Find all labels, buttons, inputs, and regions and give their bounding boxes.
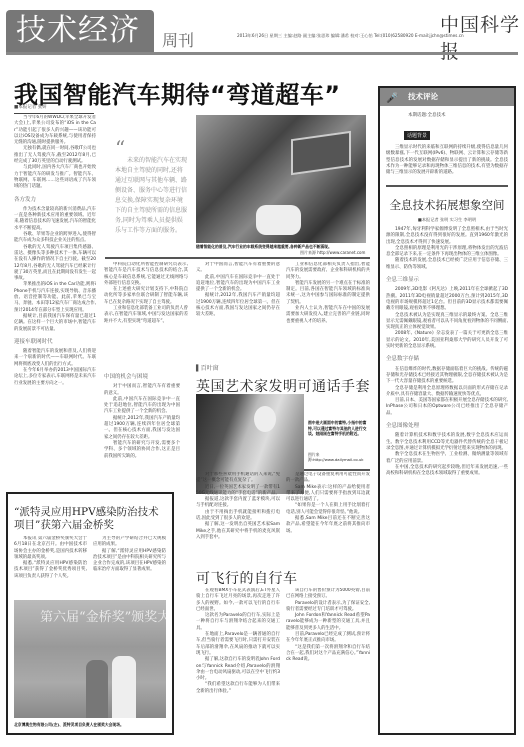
paragraph: 随着智能汽车的发展和普及,人们将迎来一个崭新的时代——车联网时代。车联网将彻底改… [14,349,96,368]
section-title: 技术经济 [6,10,154,52]
lead-col2-lower: 中国的机会与困境 对于中国而言,智能汽车有着重要的意义。 此前,中国汽车在国际竞… [104,368,180,486]
paragraph: “如果你是一个人在街上用手比划着打电话,别人可能会觉得你很奇怪。”他说。 [286,503,370,516]
paragraph: 2008年,《Nature》杂志发表了一篇关于可更新全息三维显示的论文。2010… [386,331,508,350]
lead-byline-block: ■本报记者 张妍 [14,104,94,114]
hpv-headline: “派特灵应用HPV感染防治技术项目”获第六届金桥奖 [8,494,172,536]
sidebar-subhead-storage: 全息数字存储 [386,356,508,362]
paragraph: 中科院自动化所智能控制研究员表示,智能汽车是汽车技术与信息技术的结合,其核心是车… [104,262,188,287]
paragraph: 对于中国而言,智能汽车有着重要的意义。 [196,262,280,275]
paragraph: 业内人士认为,智能汽车在中国的发展需要加大研发投入,建立完善的产业链,同时也要重… [286,306,370,325]
sidebar-topic: 本期话题:全息技术 [380,106,514,118]
glove-photo-caption: 图中是大画面中的富特,小指中的富特,可以通过富特与其他的人进行交谈。她刚刚在富特… [308,420,368,437]
glove-rule [304,469,370,471]
paragraph: 目前,日本、美国等国家都在积极开展全息存储技术的研究,InPhase公司和日本的… [386,398,508,417]
section-tag-baiyechuang: ▌百叶窗 [196,363,219,372]
glove-photo-credit: 图片来源:http://www.dailymail.co.uk [308,452,368,462]
dashboard-screen [291,131,351,175]
paragraph: 据悉,Sam Mike目前还在不断完善这款产品,希望能在今年年底之前将其推向市场… [286,516,370,535]
pull-quote-text: 未来的智能汽车在实现本地自主驾驶的同时,还将通过互联网与其他车辆、路侧设备、服务… [115,156,187,236]
paragraph: 谷歌、苹果等企业的跨界进入,使得智能汽车成为众多科技企业关注的焦点。 [14,232,96,245]
paragraph: 为主导的产学研结合并已大规模应用的成果。 [93,536,166,549]
paragraph: 近日,一位英国艺术家发明了一款带有150G无线通讯能力的“手套电话”的新产品。 [196,485,280,498]
paragraph: 随着计算机技术和数字技术的发展,数字全息技术应运而生。数字全息技术利用CCD等光… [386,433,508,452]
lead-subhead-2: 迎接车联网时代 [14,339,96,345]
paragraph: 据了解,这款自行车的发明者John Fordon与Yannick Read介绍,… [196,657,280,682]
hpv-col1: 本报讯 第六届金桥奖颁奖大会于6月18日在北京召开。由中国技术市场协会主办的金桥… [14,536,87,596]
paragraph: John Fordon和Yannick Read希望Paravelo能够成为一种… [286,613,370,632]
paragraph: “我们希望这款自行车能够为人们带来全新的出行体验。” [196,682,280,695]
paragraph: 全息存储是利用全息原理将数据以页面的形式存储在记录介质中,具有存储容量大、数据传… [386,386,508,399]
paragraph: 2009年,3D电影《阿凡达》上映,2011年在全球掀起了3D热潮。2011年3… [386,287,508,312]
paragraph: 据了解,“派特灵应用HPV感染防治技术项目”是由中科院相关研究所与企业合作完成的… [93,549,166,574]
paragraph: 目前,Paravelo已经完成了测试,预计将在今年年底正式推向市场。 [286,632,370,645]
paragraph: 此前,中国汽车在国际竞争中一直处于追赶地位,智能汽车的出现为中国汽车工业提供了一… [104,397,180,416]
paragraph: 在信息爆炸的时代,数据存储面临着巨大的挑战。传统的磁存储和光存储技术已经接近其物… [386,367,508,386]
paragraph: 1947年,匈牙利科学家伽博发明了全息照相术,由于当时光源的限制,全息技术没有得… [386,227,508,246]
paragraph: 工业和信息化部装备工业司的负责人曾表示,在智能汽车领域,中国与发达国家的差距并不… [104,306,188,325]
sidebar-subhead-imaging: 全息图像处理 [386,423,508,429]
paragraph: 由于不用掏出手机就能接听和拨打电话,因此受到了很多人的欢迎。 [196,510,280,523]
lead-byline: ■本报记者 张妍 [14,104,94,110]
sidebar-subhead-3d: 全息三维显示 [386,277,508,283]
sidebar-intro: 三维显示时代的来临和互联网的持续升级,使得信息量几何级数暴涨,下一代互联网(IP… [380,141,514,181]
paragraph: 这款名为Paravelo的自行车,实际上是一种将自行车与滑翔伞结合起来的交通工具… [196,613,280,632]
tech-review-sidebar: 🎤 技术评论 本期话题:全息技术 话题背景 三维显示时代的来临和互联网的持续升级… [378,86,516,735]
paragraph: 此前,中国汽车在国际竞争中一直处于追赶地位,智能汽车的出现为中国汽车工业提供了一… [196,275,280,294]
glove-col2: 是通过电子设备重复利用可能性而开发的一款产品。 Sam Mike表示:这样的产品… [286,472,370,558]
car-interior-photo [196,115,366,243]
paragraph: 随着技术的发展,全息技术已经被广泛应用于信息存储、三维显示、防伪等领域。 [386,258,508,271]
lead-col2-upper: 中科院自动化所智能控制研究员表示,智能汽车是汽车技术与信息技术的结合,其核心是车… [104,262,188,368]
paragraph: “这是我们第一次将滑翔伞和自行车结合在一起,我们对这个产品充满信心。”Yanni… [286,645,370,664]
paragraph: 本报讯 第六届金桥奖颁奖大会于6月18日在北京召开。由中国技术市场协会主办的金桥… [14,536,87,561]
paragraph: 作为技术含量较高的新兴消费品,汽车一直是各种新技术应用的重要领域。近年来,随着信… [14,207,96,232]
lead-subhead-china: 中国的机会与困境 [104,374,180,380]
paragraph: Paravelo的设计者表示,为了保证安全,骑行者需要经过专门培训才可驾驶。 [286,601,370,614]
paragraph: 据了解,这一发明出自英国艺术家Sam Mike之手,他在其研究中将手机的麦克风嵌… [196,522,280,541]
hpv-col2: 为主导的产学研结合并已大规模应用的成果。 据了解,“派特灵应用HPV感染防治技术… [93,536,166,596]
topic-background-tag: 话题背景 [404,131,430,140]
paragraph: 谷歌的无人驾驶汽车项目集传感器、雷达、摄像头等多种技术于一体,车辆可以在没有人操… [14,245,96,283]
paragraph: 据悉,“派特灵应用HPV感染防治技术项目”获得了金桥奖优秀项目奖,该项目负责人获… [14,561,87,580]
hand-shape [256,205,301,235]
paragraph: 全息照相的原理是利用光的干涉原理,将物体发出的光波信息全部记录下来,在一定条件下… [386,246,508,259]
award-photo-caption: 北京博奥生物有限公司(左)、派特灵项目负责人在颁奖大会现场。 [8,718,172,732]
sidebar-header-title: 技术评论 [408,92,438,101]
masthead-rule [6,52,518,55]
lead-subhead: 各方发力 [14,197,96,203]
face-shape [254,406,276,432]
sidebar-body: 1947年,匈牙利科学家伽博发明了全息照相术,由于当时光源的限制,全息技术没有得… [380,223,514,731]
paragraph: 在地面上,Paravelo是一辆普通的自行车,但当骑行者需要飞行时,只需打开安装… [196,632,280,657]
paragraph: 在观看BMX小车花式表演后,ET外星人骑上自行车飞过月亮的场景,再次走进了许多人… [196,588,280,613]
paragraph: Sam Mike表示:这样的产品给使用者带来了方便,人们只需要将手指放到耳边就可… [286,485,370,504]
pull-quote: “ 未来的智能汽车在实现本地自主驾驶的同时,还将通过互联网与其他车辆、路侧设备、… [115,140,187,236]
paragraph: 对于中国而言,智能汽车有着重要的意义。 [104,384,180,397]
paragraph: 智能汽车发展的另一个难点在于标准的制定。目前,各国在智能汽车领域的标准尚未统一,… [286,281,370,306]
paragraph: 在上述重大研究计划支持下,中科院自动化所等多家单位联合研制了智能车辆,该车已在复… [104,287,188,306]
sidebar-article-title: 全息技术拓展想象空间 [380,187,514,217]
glove-col1: 对于那些喜欢用手机通话的人来说,“免提”这一概念可能有点复杂了。 近日,一位英国… [196,472,280,558]
sidebar-header: 🎤 技术评论 [380,88,514,106]
bike-headline: 可飞行的自行车 [196,568,298,588]
weekly-label: 周刊 [162,28,194,51]
paragraph: 全息技术被认为是实现真三维显示的最终方案。全息三维显示无需佩戴眼镜,观看者可以从… [386,313,508,332]
glove-headline: 英国艺术家发明可通话手套 [196,376,370,396]
quote-mark-icon: “ [115,140,187,156]
paragraph: 据统计,目前我国汽车保有量已超过1亿辆。在这样一个巨大的市场中,智能汽车的发展前… [14,314,96,333]
paragraph: 数字全息技术在生物医学、工业检测、微纳测量等领域有着广泛的应用前景。 [386,452,508,465]
paragraph: 无独有偶,就在同一时间,谷歌IT公司也推出了无人驾驶汽车,截至2012年8月,已… [14,146,96,165]
paragraph: 当今年6月的WWDC(苹果全球开发者大会)上,苹果公司发布的“iOS in th… [14,115,96,146]
person-right [112,656,136,718]
paragraph: 据报道,这款手套内置了蓝牙模块,可以与手机配对连接。 [196,497,280,510]
paragraph: 该自行车的售价预计为5000英镑,目前已在网络上接受预订。 [286,588,370,601]
award-banner: 第六届“金桥奖”颁奖大会 [40,606,166,625]
paragraph: 据统计,2012年,我国汽车产销量均超过1900万辆,连续四年位居全球第一。但在… [104,416,180,441]
bike-col1: 在观看BMX小车花式表演后,ET外星人骑上自行车飞过月亮的场景,再次走进了许多人… [196,588,280,740]
bike-col2: 该自行车的售价预计为5000英镑,目前已在网络上接受预订。 Paravelo的设… [286,588,370,740]
lead-col3: 对于中国而言,智能汽车有着重要的意义。 此前,中国汽车在国际竞争中一直处于追赶地… [196,262,280,330]
paragraph: 三维显示时代的来临和互联网的持续升级,使得信息量几何级数暴涨,下一代互联网(IP… [386,145,508,176]
paragraph: 工业和信息化部相关负责人指出,智能汽车的发展需要政府、企业和科研机构的共同努力。 [286,262,370,281]
paragraph: 与此同时,国内各大汽车厂商也开始致力于智能汽车的研发与推广。智能汽车、物联网、车… [14,165,96,190]
paragraph: 是通过电子设备重复利用可能性而开发的一款产品。 [286,472,370,485]
paragraph: 苹果推出的iOS in the Car功能,则将iPhone手机与汽车连接,实现… [14,282,96,313]
paragraph: 智能汽车的研究与开发,需要多个学科、多个领域的协同合作,这正是目前我国所欠缺的。 [104,441,180,460]
hpv-article-box: “派特灵应用HPV感染防治技术项目”获第六届金桥奖 本报讯 第六届金桥奖颁奖大会… [6,492,174,735]
byline-rule [14,113,94,114]
microphone-icon: 🎤 [386,90,398,108]
person-left [86,660,108,718]
car-photo-credit: 图片来源 http://www.caranet.com [300,250,365,256]
lead-col4: 工业和信息化部相关负责人指出,智能汽车的发展需要政府、企业和科研机构的共同努力。… [286,262,370,350]
issue-meta-line: 2013年6月26日 星期三 主编:赵路 副主编:张思玮 编辑:潘希 校对:王心… [237,33,464,39]
award-photo: 第六届“金桥奖”颁奖大会 [14,600,166,718]
paragraph: 对于那些喜欢用手机通话的人来说,“免提”这一概念可能有点复杂了。 [196,472,280,485]
paragraph: 在今年6月举办的2013中国国际汽车论坛上,多位专家表示,车联网将是未来汽车行业… [14,368,96,387]
photo-rule [105,257,370,259]
paragraph: 据统计,2012年,我国汽车产销量均超过1900万辆,连续四年位居全球第一。但在… [196,293,280,318]
paragraph: 在中国,全息技术的研究起步较晚,但近年来发展迅速,一些高校和科研机构在全息技术领… [386,465,508,478]
